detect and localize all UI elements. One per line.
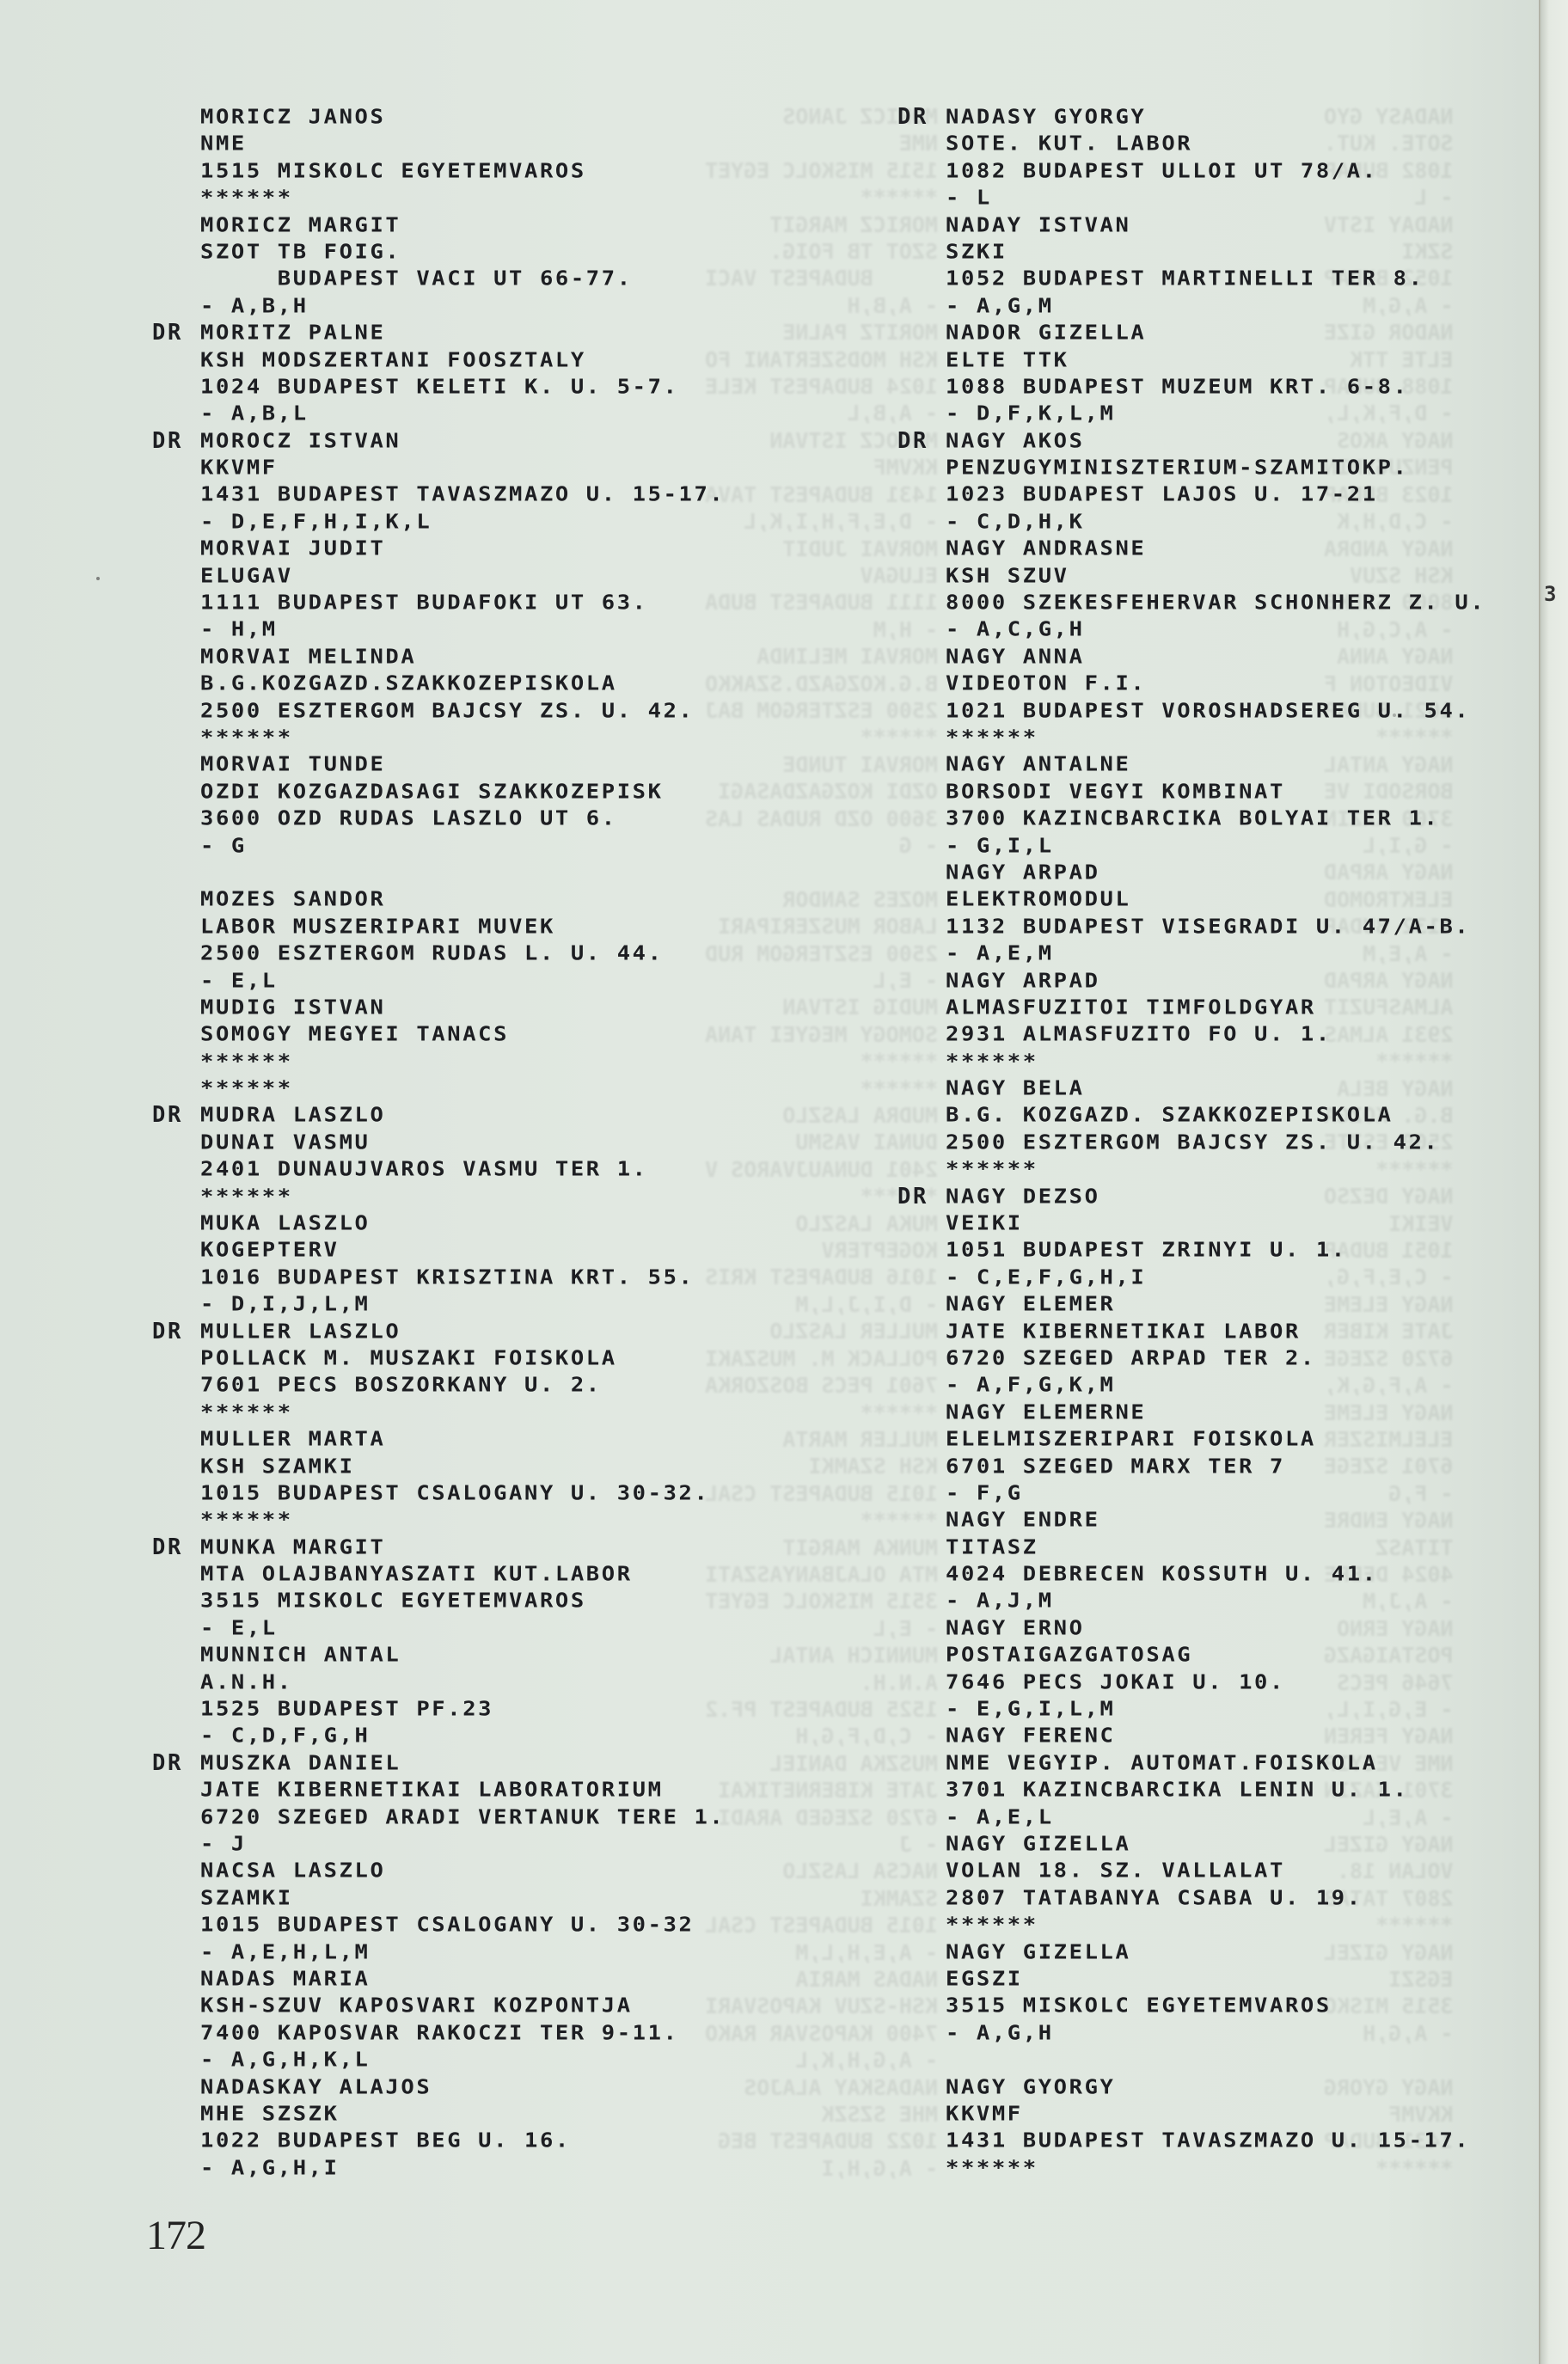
entry-text: - C,D,H,K [946, 510, 1085, 535]
entry-text: NAGY ANTALNE [946, 753, 1130, 778]
entry-text: 2401 DUNAUJVAROS VASMU TER 1. [200, 1157, 648, 1182]
title-prefix [152, 805, 200, 832]
title-prefix [152, 968, 200, 995]
title-prefix [152, 1156, 200, 1183]
title-prefix [152, 1885, 200, 1912]
entry-line: JATE KIBERNETIKAI LABORATORIUM [152, 1777, 725, 1804]
title-prefix [152, 212, 200, 239]
entry-text: ****** [946, 726, 1038, 750]
title-prefix [152, 401, 200, 427]
entry-line: KKVMF [897, 2101, 1485, 2128]
entry-text: - G [200, 834, 247, 859]
entry-name-line: DRMOROCZ ISTVAN [152, 428, 725, 455]
entry-text: NAGY ARPAD [946, 969, 1100, 994]
entry-line: ****** [152, 725, 725, 751]
entry-line: B.G. KOZGAZD. SZAKKOZEPISKOLA [897, 1102, 1485, 1129]
title-prefix [152, 1075, 200, 1102]
title-prefix [152, 1777, 200, 1804]
title-prefix [897, 833, 946, 860]
entry-line: - G,I,L [897, 833, 1485, 860]
title-prefix [152, 995, 200, 1021]
entry-line: NAGY FERENC [897, 1723, 1485, 1749]
entry-text: MUSZKA DANIEL [200, 1751, 401, 1776]
entry-text: ****** [946, 1050, 1038, 1075]
entry-line: MUDIG ISTVAN [152, 995, 725, 1021]
entry-text: 2931 ALMASFUZITO FO U. 1. [946, 1023, 1332, 1048]
entry-text: - A,E,M [946, 941, 1054, 966]
entry-line: - C,D,F,G,H [152, 1723, 725, 1749]
entry-line: - A,E,L [897, 1804, 1485, 1831]
entry-text: 7601 PECS BOSZORKANY U. 2. [200, 1374, 602, 1399]
title-prefix [152, 374, 200, 401]
entry-text: - E,G,I,L,M [946, 1697, 1115, 1722]
entry-text: NADAS MARIA [200, 1967, 370, 1992]
entry-text: 6720 SZEGED ARPAD TER 2. [946, 1346, 1316, 1371]
title-prefix [897, 1912, 946, 1938]
entry-text: - A,E,L [946, 1805, 1054, 1830]
title-prefix [152, 1696, 200, 1723]
title-prefix [152, 293, 200, 320]
entry-line: MORICZ MARGIT [152, 212, 725, 239]
entry-text: MORVAI TUNDE [200, 753, 385, 778]
entry-text: SZKI [946, 240, 1008, 265]
entry-line: KSH MODSZERTANI FOOSZTALY [152, 347, 725, 374]
title-prefix [897, 940, 946, 967]
title-prefix [152, 185, 200, 211]
entry-line: NME VEGYIP. AUTOMAT.FOISKOLA [897, 1750, 1485, 1777]
entry-text: NAGY FERENC [946, 1724, 1115, 1749]
title-prefix [897, 1156, 946, 1183]
title-prefix: DR [152, 1319, 200, 1345]
entry-line: ****** [897, 1156, 1485, 1183]
entry-line: - A,B,L [152, 401, 725, 427]
entry-text: 1015 BUDAPEST CSALOGANY U. 30-32. [200, 1481, 709, 1506]
entry-line: SZAMKI [152, 1885, 725, 1912]
entry-text: NAGY ERNO [946, 1616, 1085, 1641]
title-prefix [152, 1049, 200, 1075]
entry-line: - E,G,I,L,M [897, 1696, 1485, 1723]
title-prefix [152, 104, 200, 131]
title-prefix [152, 1237, 200, 1264]
title-prefix [897, 320, 946, 346]
entry-line: ****** [897, 1049, 1485, 1075]
entry-text: SZOT TB FOIG. [200, 240, 401, 265]
entry-line: ELUGAV [152, 563, 725, 590]
entry-line: - A,E,H,L,M [152, 1939, 725, 1966]
title-prefix [152, 2047, 200, 2073]
entry-text: MORVAI MELINDA [200, 645, 416, 670]
entry-text: 2500 ESZTERGOM RUDAS L. U. 44. [200, 941, 664, 966]
entry-text: NAGY ENDRE [946, 1509, 1100, 1534]
entry-text: 8000 SZEKESFEHERVAR SCHONHERZ Z. U. [946, 591, 1485, 615]
entry-text: NME [200, 132, 247, 157]
title-prefix [152, 644, 200, 671]
entry-line: - C,D,H,K [897, 509, 1485, 536]
entry-text: - C,E,F,G,H,I [946, 1265, 1146, 1290]
entry-text: OZDI KOZGAZDASAGI SZAKKOZEPISK [200, 780, 664, 805]
entry-text: MOZES SANDOR [200, 888, 385, 913]
title-prefix [897, 1507, 946, 1534]
title-prefix: DR [152, 1750, 200, 1777]
title-prefix [152, 1372, 200, 1399]
entry-line: 6701 SZEGED MARX TER 7 [897, 1454, 1485, 1480]
entry-text: 3515 MISKOLC EGYETEMVAROS [200, 1589, 586, 1614]
entry-text: DUNAI VASMU [200, 1130, 370, 1155]
entry-line: NME [152, 131, 725, 157]
entry-line: MTA OLAJBANYASZATI KUT.LABOR [152, 1561, 725, 1588]
entry-text: MORICZ JANOS [200, 105, 385, 130]
entry-line: - A,G,H,I [152, 2155, 725, 2182]
entry-text: 1051 BUDAPEST ZRINYI U. 1. [946, 1239, 1347, 1264]
entry-text: NAGY ELEMERNE [946, 1400, 1146, 1425]
entry-text: - A,G,H [946, 2021, 1054, 2046]
title-prefix [897, 1993, 946, 2019]
title-prefix [152, 1669, 200, 1696]
entry-line: NAGY GIZELLA [897, 1831, 1485, 1858]
entry-line: 3600 OZD RUDAS LASZLO UT 6. [152, 805, 725, 832]
entry-text: 3701 KAZINCBARCIKA LENIN U. 1. [946, 1778, 1409, 1803]
entry-line: 1431 BUDAPEST TAVASZMAZO U. 15-17. [897, 2128, 1485, 2154]
entry-line: VIDEOTON F.I. [897, 671, 1485, 697]
entry-text: KSH SZAMKI [200, 1455, 355, 1479]
entry-text: 2807 TATABANYA CSABA U. 19. [946, 1886, 1363, 1911]
title-prefix [152, 1021, 200, 1048]
title-prefix [152, 779, 200, 805]
title-prefix [897, 2128, 946, 2154]
entry-line: - A,G,H [897, 2020, 1485, 2047]
entry-line: ****** [152, 1075, 725, 1102]
entry-text: ELUGAV [200, 564, 293, 589]
entry-name-line: DRMUSZKA DANIEL [152, 1750, 725, 1777]
entry-line: NAGY ENDRE [897, 1507, 1485, 1534]
title-prefix [897, 751, 946, 778]
title-prefix [152, 616, 200, 643]
entry-text: ALMASFUZITOI TIMFOLDGYAR [946, 995, 1316, 1020]
page-number: 172 [146, 2212, 205, 2259]
entry-text: MUDRA LASZLO [200, 1104, 385, 1129]
title-prefix [897, 293, 946, 320]
entry-text: MUDIG ISTVAN [200, 995, 385, 1020]
title-prefix [897, 1696, 946, 1723]
entry-text: NAGY ARPAD [946, 860, 1100, 885]
entry-text: NAGY ELEMER [946, 1292, 1115, 1317]
title-prefix [897, 968, 946, 995]
title-prefix [152, 1561, 200, 1588]
entry-text: NAGY DEZSO [946, 1185, 1100, 1210]
entry-name-line: DRNAGY DEZSO [897, 1184, 1485, 1210]
entry-line: - A,C,G,H [897, 616, 1485, 643]
title-prefix [152, 509, 200, 536]
title-prefix [897, 1265, 946, 1291]
entry-line: ****** [152, 1399, 725, 1426]
title-prefix [897, 1588, 946, 1614]
entry-text: B.G.KOZGAZD.SZAKKOZEPISKOLA [200, 671, 617, 696]
entry-text: ****** [946, 1157, 1038, 1182]
entry-line: ELTE TTK [897, 347, 1485, 374]
title-prefix [152, 239, 200, 266]
entry-line: JATE KIBERNETIKAI LABOR [897, 1319, 1485, 1345]
title-prefix [152, 1642, 200, 1669]
entry-line: POSTAIGAZGATOSAG [897, 1642, 1485, 1669]
title-prefix [152, 1858, 200, 1884]
entry-text: NAGY GIZELLA [946, 1940, 1130, 1965]
entry-text: 2500 ESZTERGOM BAJCSY ZS. U. 42. [946, 1130, 1439, 1155]
title-prefix [897, 779, 946, 805]
title-prefix [152, 1507, 200, 1534]
entry-line: TITASZ [897, 1534, 1485, 1561]
title-prefix [152, 1804, 200, 1831]
entry-line: ****** [152, 185, 725, 211]
title-prefix [897, 1454, 946, 1480]
entry-line: NAGY ARPAD [897, 860, 1485, 886]
entry-text: - C,D,F,G,H [200, 1724, 370, 1749]
entry-text: A.N.H. [200, 1670, 293, 1695]
entry-text: ****** [200, 186, 293, 211]
title-prefix [152, 1993, 200, 2019]
title-prefix [897, 725, 946, 751]
entry-text: SZAMKI [200, 1886, 293, 1911]
entry-line: 1051 BUDAPEST ZRINYI U. 1. [897, 1237, 1485, 1264]
entry-text: NADOR GIZELLA [946, 321, 1146, 346]
title-prefix [152, 833, 200, 860]
title-prefix [152, 1912, 200, 1938]
title-prefix [152, 1615, 200, 1642]
title-prefix: DR [897, 1184, 946, 1210]
entry-text: B.G. KOZGAZD. SZAKKOZEPISKOLA [946, 1104, 1393, 1129]
entry-line: SOMOGY MEGYEI TANACS [152, 1021, 725, 1048]
entry-line: MORVAI MELINDA [152, 644, 725, 671]
title-prefix [152, 698, 200, 725]
entry-text: NADAY ISTVAN [946, 213, 1130, 238]
entry-line: - C,E,F,G,H,I [897, 1265, 1485, 1291]
entry-text: KSH SZUV [946, 564, 1069, 589]
entry-text: 2500 ESZTERGOM BAJCSY ZS. U. 42. [200, 699, 694, 724]
entry-line: 1515 MISKOLC EGYETEMVAROS [152, 158, 725, 185]
entry-line: 2401 DUNAUJVAROS VASMU TER 1. [152, 1156, 725, 1183]
entry-line: - A,G,M [897, 293, 1485, 320]
entry-text: 1515 MISKOLC EGYETEMVAROS [200, 159, 586, 184]
entry-line: LABOR MUSZERIPARI MUVEK [152, 914, 725, 940]
title-prefix [152, 725, 200, 751]
title-prefix [152, 1966, 200, 1993]
entry-text: ELELMISZERIPARI FOISKOLA [946, 1427, 1316, 1452]
title-prefix [897, 590, 946, 616]
entry-line: KSH SZUV [897, 563, 1485, 590]
title-prefix [897, 1480, 946, 1507]
entry-line: NAGY ANTALNE [897, 751, 1485, 778]
entry-line: 1132 BUDAPEST VISEGRADI U. 47/A-B. [897, 914, 1485, 940]
entry-line: NAGY ERNO [897, 1615, 1485, 1642]
title-prefix [897, 1021, 946, 1048]
entry-line: 1431 BUDAPEST TAVASZMAZO U. 15-17. [152, 481, 725, 508]
title-prefix [897, 1237, 946, 1264]
title-prefix [152, 158, 200, 185]
title-prefix [897, 1939, 946, 1966]
entry-line: SZKI [897, 239, 1485, 266]
entry-line: - E,L [152, 968, 725, 995]
entry-text: - A,E,H,L,M [200, 1940, 370, 1965]
title-prefix [897, 131, 946, 157]
title-prefix [897, 1319, 946, 1345]
entry-line: MORVAI JUDIT [152, 536, 725, 562]
entry-line: 2500 ESZTERGOM BAJCSY ZS. U. 42. [897, 1130, 1485, 1156]
entry-line: NAGY ELEMER [897, 1291, 1485, 1318]
title-prefix [152, 1291, 200, 1318]
title-prefix: DR [897, 428, 946, 455]
entry-line: 1022 BUDAPEST BEG U. 16. [152, 2128, 725, 2154]
title-prefix [152, 1130, 200, 1156]
title-prefix [897, 995, 946, 1021]
title-prefix [152, 1345, 200, 1372]
entry-line: NAGY BELA [897, 1075, 1485, 1102]
title-prefix [897, 347, 946, 374]
title-prefix [897, 1669, 946, 1696]
entry-line: MOZES SANDOR [152, 886, 725, 913]
print-speck [96, 577, 100, 580]
title-prefix [897, 563, 946, 590]
entry-line: NAGY ANNA [897, 644, 1485, 671]
entry-line: NADAS MARIA [152, 1966, 725, 1993]
entry-line: - J [152, 1831, 725, 1858]
entry-line: ****** [897, 2155, 1485, 2182]
title-prefix [152, 860, 200, 886]
title-prefix [152, 671, 200, 697]
entry-text: NAGY ANNA [946, 645, 1085, 670]
title-prefix [152, 1588, 200, 1614]
entry-text: - A,C,G,H [946, 618, 1085, 643]
entry-text: ****** [200, 1185, 293, 1210]
entry-line: NAGY ARPAD [897, 968, 1485, 995]
entry-text: JATE KIBERNETIKAI LABORATORIUM [200, 1778, 664, 1803]
title-prefix [152, 2101, 200, 2128]
entry-text: SOTE. KUT. LABOR [946, 132, 1192, 157]
entry-text: - J [200, 1832, 247, 1857]
title-prefix [152, 1454, 200, 1480]
title-prefix [152, 2128, 200, 2154]
title-prefix [152, 131, 200, 157]
entry-line: 3515 MISKOLC EGYETEMVAROS [152, 1588, 725, 1614]
entry-line: A.N.H. [152, 1669, 725, 1696]
entry-text: KOGEPTERV [200, 1239, 340, 1264]
entry-text: NAGY AKOS [946, 429, 1085, 454]
entry-text: ****** [200, 1050, 293, 1075]
title-prefix [152, 1184, 200, 1210]
entry-line: 2931 ALMASFUZITO FO U. 1. [897, 1021, 1485, 1048]
entry-line: 3515 MISKOLC EGYETEMVAROS [897, 1993, 1485, 2019]
entry-text: - D,I,J,L,M [200, 1292, 370, 1317]
entry-name-line: DRNAGY AKOS [897, 428, 1485, 455]
title-prefix [897, 698, 946, 725]
entry-line: 1052 BUDAPEST MARTINELLI TER 8. [897, 266, 1485, 292]
entry-text: MUNKA MARGIT [200, 1535, 385, 1560]
entry-text: NACSA LASZLO [200, 1859, 385, 1884]
entry-text: MULLER LASZLO [200, 1320, 401, 1344]
title-prefix: DR [897, 104, 946, 131]
entry-text: MORITZ PALNE [200, 321, 385, 346]
entry-line: KKVMF [152, 455, 725, 481]
entry-text: 1431 BUDAPEST TAVASZMAZO U. 15-17. [946, 2129, 1470, 2154]
entry-text: NAGY GIZELLA [946, 1832, 1130, 1857]
entry-text: ****** [200, 1400, 293, 1425]
entry-line: 1021 BUDAPEST VOROSHADSEREG U. 54. [897, 698, 1485, 725]
title-prefix [897, 239, 946, 266]
entry-text: ELTE TTK [946, 348, 1069, 373]
entry-text: VEIKI [946, 1211, 1023, 1236]
entry-line: KOGEPTERV [152, 1237, 725, 1264]
title-prefix [897, 2074, 946, 2101]
entry-text: 3700 KAZINCBARCIKA BOLYAI TER 1. [946, 806, 1439, 831]
title-prefix [897, 212, 946, 239]
entry-line: 1111 BUDAPEST BUDAFOKI UT 63. [152, 590, 725, 616]
entry-line: 7646 PECS JOKAI U. 10. [897, 1669, 1485, 1696]
entry-line: NADASKAY ALAJOS [152, 2074, 725, 2101]
entry-line: - L [897, 185, 1485, 211]
title-prefix [897, 1102, 946, 1129]
title-prefix [152, 2074, 200, 2101]
entry-text: MUKA LASZLO [200, 1211, 370, 1236]
entry-text: BORSODI VEGYI KOMBINAT [946, 780, 1285, 805]
entry-line: NADOR GIZELLA [897, 320, 1485, 346]
entry-text: NADASY GYORGY [946, 105, 1146, 130]
entry-line: 6720 SZEGED ARADI VERTANUK TERE 1. [152, 1804, 725, 1831]
title-prefix [152, 914, 200, 940]
entry-line: OZDI KOZGAZDASAGI SZAKKOZEPISK [152, 779, 725, 805]
entry-line: NAGY GIZELLA [897, 1939, 1485, 1966]
entry-text: - D,F,K,L,M [946, 402, 1115, 427]
entry-text: SOMOGY MEGYEI TANACS [200, 1023, 509, 1048]
entry-line: ****** [897, 1912, 1485, 1938]
entry-text: TITASZ [946, 1535, 1038, 1560]
entry-line: - F,G [897, 1480, 1485, 1507]
title-prefix [897, 1858, 946, 1884]
print-speck [1393, 713, 1396, 717]
title-prefix [897, 1399, 946, 1426]
adjacent-page-bleed: 3 [1544, 582, 1556, 606]
title-prefix [897, 1291, 946, 1318]
title-prefix [152, 1480, 200, 1507]
title-prefix [152, 590, 200, 616]
entry-line: B.G.KOZGAZD.SZAKKOZEPISKOLA [152, 671, 725, 697]
entry-text: - L [946, 186, 992, 211]
entry-line: BORSODI VEGYI KOMBINAT [897, 779, 1485, 805]
entry-text: VIDEOTON F.I. [946, 671, 1146, 696]
entry-line: NAGY ELEMERNE [897, 1399, 1485, 1426]
entry-line: ****** [152, 1507, 725, 1534]
entry-text: - D,E,F,H,I,K,L [200, 510, 432, 535]
entry-text: 1082 BUDAPEST ULLOI UT 78/A. [946, 159, 1378, 184]
title-prefix [897, 481, 946, 508]
entry-text: POLLACK M. MUSZAKI FOISKOLA [200, 1346, 617, 1371]
entry-line: - E,L [152, 1615, 725, 1642]
title-prefix [897, 1130, 946, 1156]
entry-line: 8000 SZEKESFEHERVAR SCHONHERZ Z. U. [897, 590, 1485, 616]
entry-line: 3700 KAZINCBARCIKA BOLYAI TER 1. [897, 805, 1485, 832]
entry-text: NAGY BELA [946, 1076, 1085, 1101]
entry-line: SZOT TB FOIG. [152, 239, 725, 266]
title-prefix [152, 455, 200, 481]
entry-text: 1015 BUDAPEST CSALOGANY U. 30-32 [200, 1913, 694, 1938]
title-prefix [897, 455, 946, 481]
title-prefix [897, 805, 946, 832]
title-prefix: DR [152, 1534, 200, 1561]
entry-text: 1111 BUDAPEST BUDAFOKI UT 63. [200, 591, 648, 615]
entry-text: - A,F,G,K,M [946, 1374, 1115, 1399]
entry-line: ELELMISZERIPARI FOISKOLA [897, 1426, 1485, 1453]
title-prefix [897, 374, 946, 401]
entry-line: 3701 KAZINCBARCIKA LENIN U. 1. [897, 1777, 1485, 1804]
title-prefix: DR [152, 1102, 200, 1129]
title-prefix [152, 1426, 200, 1453]
